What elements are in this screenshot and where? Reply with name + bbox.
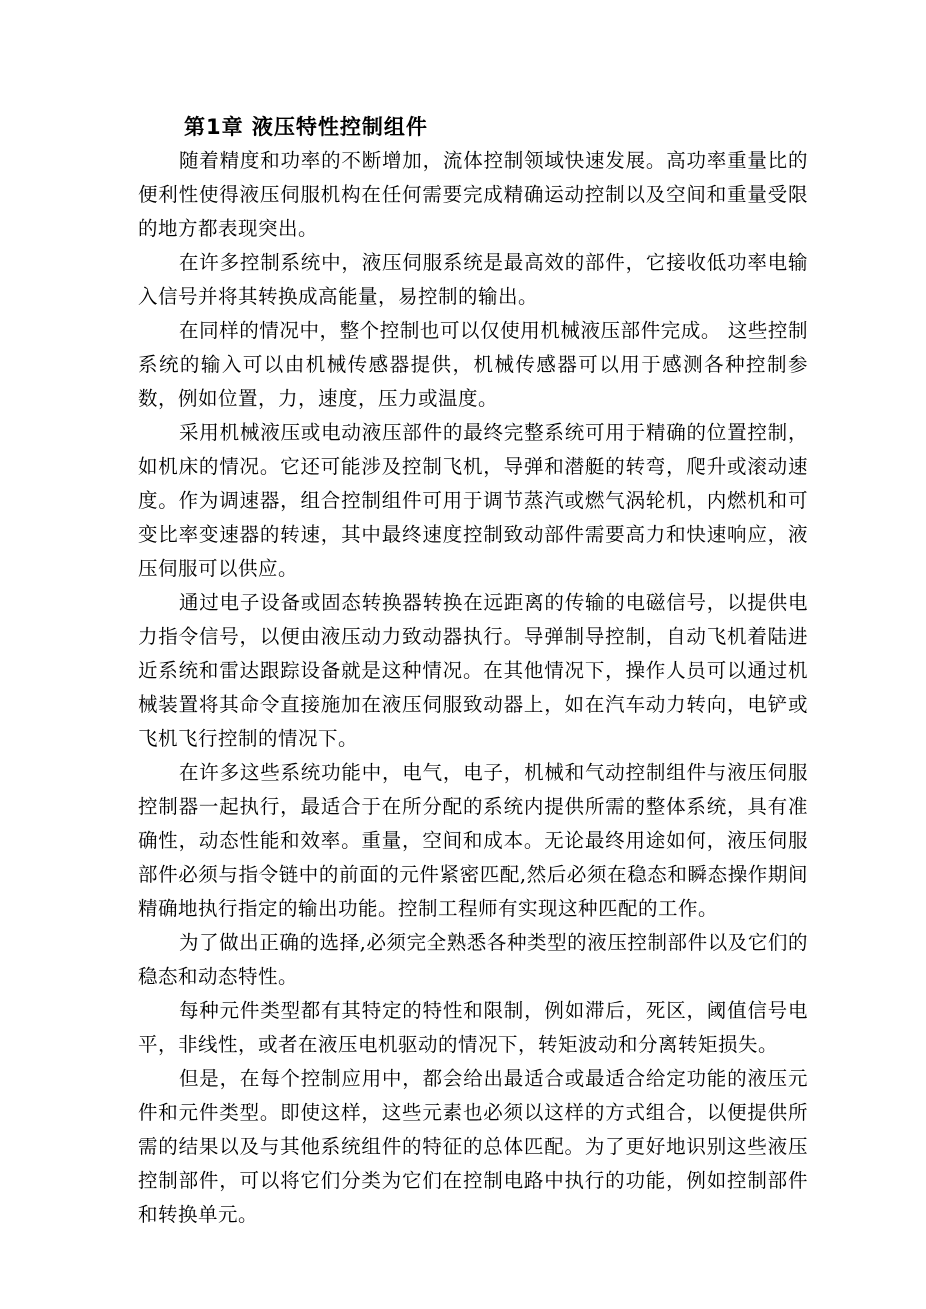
paragraph-correct-selection: 为了做出正确的选择,必须完全熟悉各种类型的液压控制部件以及它们的稳态和动态特性。 [138,926,808,994]
document-page: 第1章 液压特性控制组件 随着精度和功率的不断增加，流体控制领域快速发展。高功率… [0,0,926,1309]
paragraph-component-limits: 每种元件类型都有其特定的特性和限制，例如滞后，死区，阈值信号电平，非线性，或者在… [138,994,808,1062]
paragraph-mechanical-sensors: 在同样的情况中，整个控制也可以仅使用机械液压部件完成。 这些控制系统的输入可以由… [138,314,808,416]
paragraph-system-matching: 在许多这些系统功能中，电气，电子，机械和气动控制组件与液压伺服控制器一起执行，最… [138,756,808,926]
paragraph-intro: 随着精度和功率的不断增加，流体控制领域快速发展。高功率重量比的便利性使得液压伺服… [138,144,808,246]
paragraph-applications: 采用机械液压或电动液压部件的最终完整系统可用于精确的位置控制，如机床的情况。它还… [138,416,808,586]
chapter-heading: 第1章 液压特性控制组件 [138,110,808,144]
paragraph-servo-systems: 在许多控制系统中，液压伺服系统是最高效的部件，它接收低功率电输入信号并将其转换成… [138,246,808,314]
paragraph-classification: 但是，在每个控制应用中，都会给出最适合或最适合给定功能的液压元件和元件类型。即使… [138,1062,808,1232]
paragraph-signal-transmission: 通过电子设备或固态转换器转换在远距离的传输的电磁信号，以提供电力指令信号，以便由… [138,586,808,756]
